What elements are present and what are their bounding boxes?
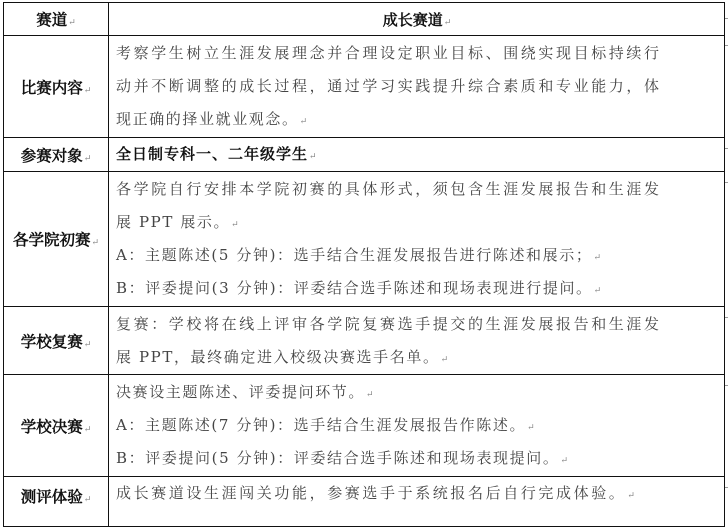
header-row: 赛道↵ 成长赛道↵: [4, 3, 725, 36]
row-label: 测评体验↵: [4, 477, 109, 527]
text-line: B：评委提问(3 分钟)：评委结合选手陈述和现场表现进行提问。↵: [116, 272, 718, 305]
text-line: A：主题陈述(7 分钟)：选手结合生涯发展报告作陈述。↵: [116, 409, 718, 442]
text-line: 各学院自行安排本学院初赛的具体形式，须包含生涯发展报告和生涯发: [116, 173, 718, 206]
row-value: 决赛设主题陈述、评委提问环节。↵ A：主题陈述(7 分钟)：选手结合生涯发展报告…: [109, 375, 725, 477]
text-line: 全日制专科一、二年级学生↵: [116, 138, 718, 171]
row-label: 学校决赛↵: [4, 375, 109, 477]
text-line: 动并不断调整的成长过程，通过学习实践提升综合素质和专业能力，体: [116, 70, 718, 103]
header-track-label: 赛道↵: [4, 3, 109, 36]
row-value: 考察学生树立生涯发展理念并合理设定职业目标、围绕实现目标持续行 动并不断调整的成…: [109, 36, 725, 138]
row-label: 学校复赛↵: [4, 307, 109, 375]
text-line: B：评委提问(5 分钟)：评委结合选手陈述和现场表现提问。↵: [116, 442, 718, 475]
table-row-school-final: 学校决赛↵ 决赛设主题陈述、评委提问环节。↵ A：主题陈述(7 分钟)：选手结合…: [4, 375, 725, 477]
row-label: 比赛内容↵: [4, 36, 109, 138]
table-row-participants: 参赛对象↵ 全日制专科一、二年级学生↵: [4, 138, 725, 172]
table-row-school-semifinal: 学校复赛↵ 复赛：学校将在线上评审各学院复赛选手提交的生涯发展报告和生涯发 展 …: [4, 307, 725, 375]
text-line: 现正确的择业就业观念。↵: [116, 103, 718, 136]
table-row-content: 比赛内容↵ 考察学生树立生涯发展理念并合理设定职业目标、围绕实现目标持续行 动并…: [4, 36, 725, 138]
row-value: 各学院自行安排本学院初赛的具体形式，须包含生涯发展报告和生涯发 展 PPT 展示…: [109, 172, 725, 307]
row-label: 参赛对象↵: [4, 138, 109, 172]
row-label: 各学院初赛↵: [4, 172, 109, 307]
row-value: 全日制专科一、二年级学生↵: [109, 138, 725, 172]
row-value: 复赛：学校将在线上评审各学院复赛选手提交的生涯发展报告和生涯发 展 PPT，最终…: [109, 307, 725, 375]
competition-track-table: 赛道↵ 成长赛道↵ 比赛内容↵ 考察学生树立生涯发展理念并合理设定职业目标、围绕…: [3, 2, 725, 527]
text-line: 展 PPT，最终确定进入校级决赛选手名单。↵: [116, 341, 718, 374]
text-line: 决赛设主题陈述、评委提问环节。↵: [116, 376, 718, 409]
row-value: 成长赛道设生涯闯关功能，参赛选手于系统报名后自行完成体验。↵: [109, 477, 725, 527]
table-row-college-prelim: 各学院初赛↵ 各学院自行安排本学院初赛的具体形式，须包含生涯发展报告和生涯发 展…: [4, 172, 725, 307]
text-line: A：主题陈述(5 分钟)：选手结合生涯发展报告进行陈述和展示；↵: [116, 239, 718, 272]
text-line: 复赛：学校将在线上评审各学院复赛选手提交的生涯发展报告和生涯发: [116, 308, 718, 341]
text-line: 成长赛道设生涯闯关功能，参赛选手于系统报名后自行完成体验。↵: [116, 477, 718, 510]
header-track-name: 成长赛道↵: [109, 3, 725, 36]
table-row-assessment: 测评体验↵ 成长赛道设生涯闯关功能，参赛选手于系统报名后自行完成体验。↵: [4, 477, 725, 527]
text-line: 考察学生树立生涯发展理念并合理设定职业目标、围绕实现目标持续行: [116, 37, 718, 70]
text-line: 展 PPT 展示。↵: [116, 206, 718, 239]
